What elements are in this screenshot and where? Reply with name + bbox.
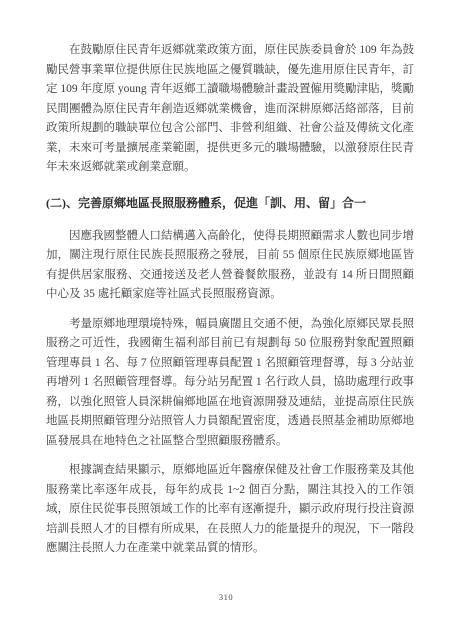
page-number: 310: [0, 592, 452, 602]
paragraph-survey-results-employment-quality: 根據調查結果顯示，原鄉地區近年醫療保健及社會工作服務業及其他服務業比率逐年成長，…: [46, 461, 414, 559]
paragraph-care-management-staffing: 考量原鄉地理環境特殊，幅員廣闊且交通不便，為強化原鄉民眾長照服務之可近性，我國衛…: [46, 315, 414, 452]
paragraph-aging-longterm-care-resources: 因應我國整體人口結構邁入高齡化，使得長期照顧需求人數也同步增加，關注現行原住民族…: [46, 227, 414, 305]
paragraph-youth-return-employment-policy: 在鼓勵原住民青年返鄉就業政策方面，原住民族委員會於 109 年為鼓勵民營事業單位…: [46, 41, 414, 178]
document-page: 在鼓勵原住民青年返鄉就業政策方面，原住民族委員會於 109 年為鼓勵民營事業單位…: [0, 0, 452, 640]
section-heading-longterm-care: (二)、完善原鄉地區長照服務體系，促進「訓、用、留」合一: [46, 193, 414, 213]
page-body: 在鼓勵原住民青年返鄉就業政策方面，原住民族委員會於 109 年為鼓勵民營事業單位…: [46, 41, 414, 559]
